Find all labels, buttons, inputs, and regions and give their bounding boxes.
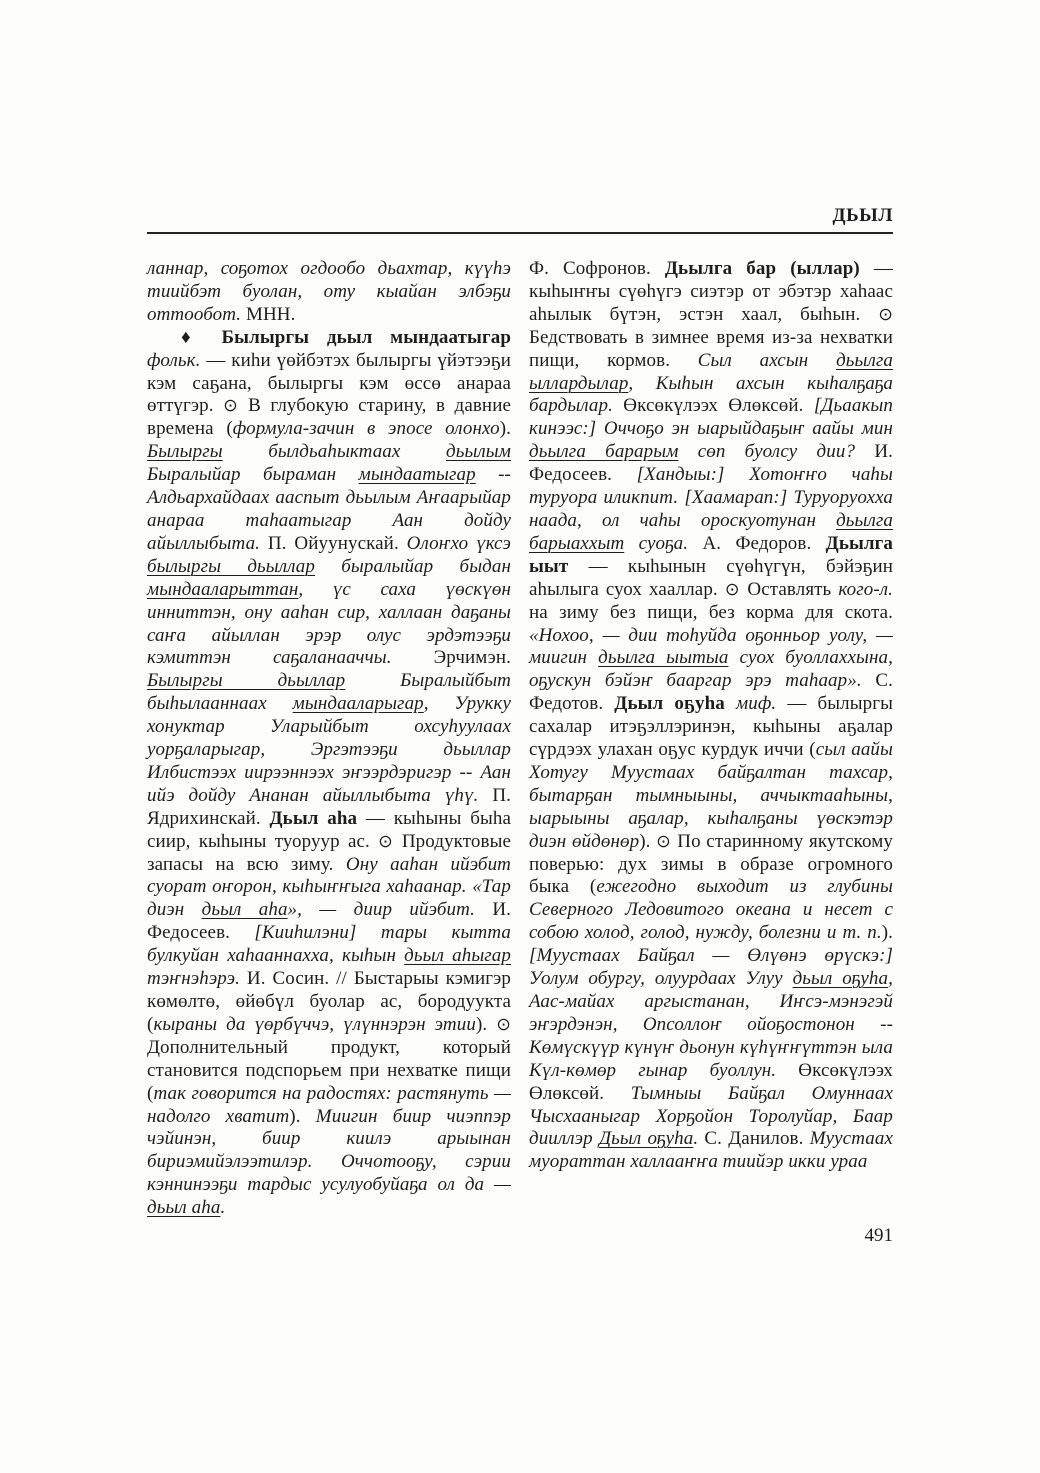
- text-run: на зиму без пищи, без корма для скота.: [529, 602, 893, 623]
- translation-marker-icon: ⊙: [878, 305, 893, 325]
- text-columns: ланнар, соҕотох огдообо дьахтар, күүһэ т…: [147, 258, 893, 1220]
- example-text: Быралыйар быраман: [147, 464, 359, 485]
- example-text: Сыл ахсын: [698, 350, 836, 371]
- underlined-form: дьылым: [446, 441, 511, 462]
- example-text: миф.: [725, 693, 776, 714]
- underlined-form: былыргы дьыллар: [147, 556, 315, 577]
- translation-marker-icon: ⊙: [496, 1015, 511, 1035]
- page-number: 491: [865, 1224, 894, 1248]
- example-text: .: [220, 1197, 225, 1218]
- underlined-form: мындааларыттан: [147, 579, 298, 600]
- underlined-form: дьыл оҕуһа: [793, 968, 889, 989]
- text-run: П. Ойуунускай.: [260, 533, 407, 554]
- underlined-form: Былыргы: [147, 441, 223, 462]
- underlined-form: дьыл аһа: [147, 1197, 220, 1218]
- underlined-form: мындаатыгар: [359, 464, 476, 485]
- left-column: ланнар, соҕотох огдообо дьахтар, күүһэ т…: [147, 258, 511, 1220]
- headword: Былыргы дьыл мындаатыгар: [221, 327, 511, 348]
- text-run: Ф. Софронов.: [529, 258, 665, 279]
- underlined-form: дьыл аһа: [202, 899, 288, 920]
- running-header: ДЬЫЛ: [147, 203, 893, 229]
- dictionary-paragraph: ♦ Былыргы дьыл мындаатыгар фольк. — киһи…: [147, 327, 511, 1220]
- text-run: ).: [639, 831, 656, 852]
- example-text: ланнар, соҕотох огдообо дьахтар, күүһэ т…: [147, 258, 511, 325]
- translation-marker-icon: ⊙: [378, 832, 402, 852]
- text-run: ).: [476, 1014, 496, 1035]
- text-run: С. Данилов.: [698, 1128, 809, 1149]
- example-text: суоҕа.: [624, 533, 688, 554]
- underlined-form: Дьыл оҕуһа: [599, 1128, 693, 1149]
- example-text: тэҥнэһэрэ.: [147, 968, 240, 989]
- text-run: ).: [882, 922, 893, 943]
- headword: Дьыл аһа: [270, 808, 358, 829]
- text-run: ).: [500, 418, 511, 439]
- translation-marker-icon: ⊙: [223, 396, 248, 416]
- dictionary-paragraph: Ф. Софронов. Дьылга бар (ыллар) — кыһыҥҥ…: [529, 258, 893, 1174]
- text-run: Эрчимэн.: [392, 647, 511, 668]
- underlined-form: дьылга ыытыа: [598, 647, 728, 668]
- text-run: А. Федоров.: [688, 533, 826, 554]
- headword: Дьыл оҕуһа: [614, 693, 725, 714]
- translation-marker-icon: ⊙: [656, 832, 677, 852]
- entry-marker-icon: ♦: [181, 327, 221, 348]
- example-text: фольк.: [147, 350, 200, 371]
- example-text: кого-л.: [838, 579, 893, 600]
- text-run: Өксөкүлээх Өлөксөй.: [613, 395, 814, 416]
- underlined-form: дьылга барарым: [529, 441, 678, 462]
- text-run: ).: [289, 1106, 316, 1127]
- underlined-form: мындааларыгар: [293, 693, 424, 714]
- headword: Дьылга бар (ыллар): [665, 258, 860, 279]
- example-text: быралыйар быдан: [315, 556, 511, 577]
- page-content: ДЬЫЛ ланнар, соҕотох огдообо дьахтар, кү…: [147, 203, 893, 1220]
- text-run: МНН.: [241, 304, 295, 325]
- translation-marker-icon: ⊙: [725, 580, 748, 600]
- example-text: Олоҥхо үксэ: [407, 533, 511, 554]
- example-text: былдьаһыктаах: [223, 441, 446, 462]
- dictionary-page: ДЬЫЛ ланнар, соҕотох огдообо дьахтар, кү…: [0, 0, 1040, 1473]
- running-head-title: ДЬЫЛ: [833, 205, 893, 226]
- underlined-form: Былыргы дьыллар: [147, 670, 345, 691]
- example-text: кыраны да үөрбүччэ, үлүннэрэн этии: [153, 1014, 476, 1035]
- text-run: Оставлять: [747, 579, 838, 600]
- header-rule: [147, 232, 893, 234]
- dictionary-paragraph: ланнар, соҕотох огдообо дьахтар, күүһэ т…: [147, 258, 511, 327]
- right-column: Ф. Софронов. Дьылга бар (ыллар) — кыһыҥҥ…: [529, 258, 893, 1220]
- example-text: формула-зачин в эпосе олонхо: [233, 418, 500, 439]
- underlined-form: дьыл аһыгар: [404, 945, 511, 966]
- example-text: », — диир ийэбит.: [288, 899, 475, 920]
- example-text: сөп буолсу дии?: [678, 441, 855, 462]
